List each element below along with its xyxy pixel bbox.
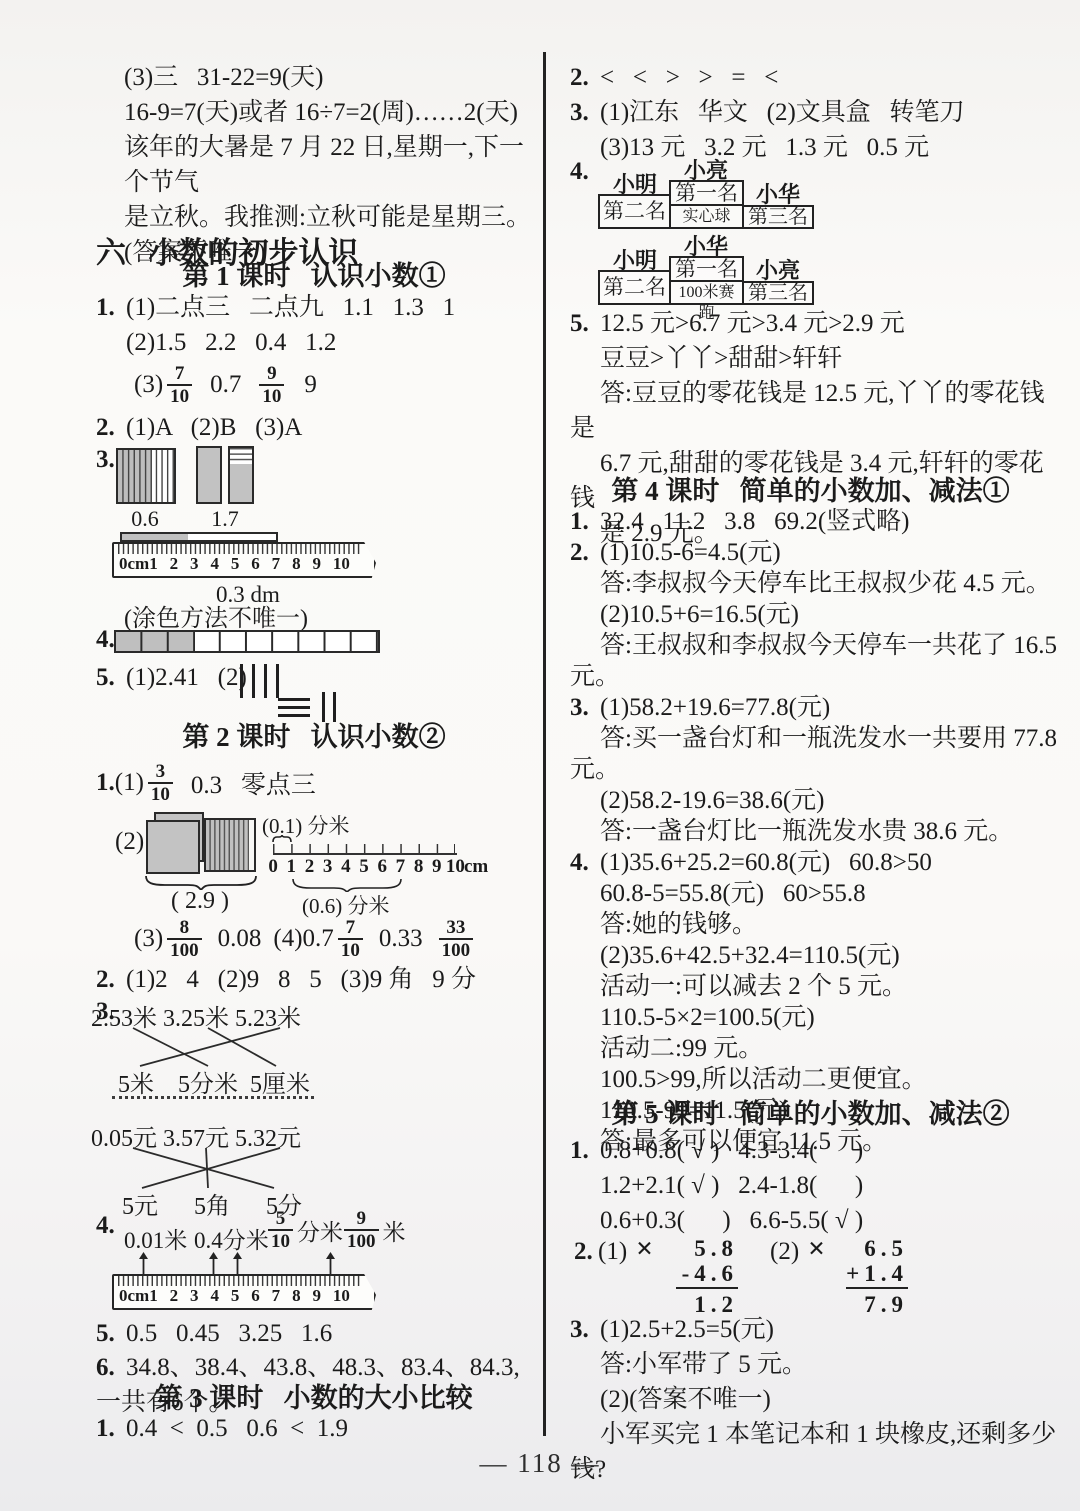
numerator: 3 <box>156 761 166 782</box>
right-column: 2.< < > > = <3.(1)江东 华文 (2)文具盒 转笔刀(3)13 … <box>558 0 1063 1511</box>
up-arrow-icon <box>209 1252 218 1274</box>
answer-line: 活动二:99 元。 <box>562 1033 1063 1064</box>
ruler-number: 4 <box>210 1286 219 1306</box>
shaded-region <box>122 534 188 540</box>
answer-text: (1) <box>115 769 144 797</box>
ruler-number: 2 <box>170 1286 179 1306</box>
answer-line: (2)1.5 2.2 0.4 1.2 <box>88 325 540 360</box>
answer-text: 答:李叔叔今天停车比王叔叔少花 4.5 元。 <box>600 570 1051 597</box>
ruler-number: 0cm1 <box>119 554 158 574</box>
denominator: 10 <box>268 1229 293 1252</box>
event-cell: 实心球 <box>669 204 744 229</box>
tick-labels: 012345678910 <box>264 856 464 878</box>
denominator: 10 <box>338 938 363 961</box>
answer-text: < < > > = < <box>600 64 778 91</box>
counting-sticks <box>240 664 350 720</box>
measure-label: 510 分米 <box>264 1208 343 1253</box>
fraction: 33100 <box>439 917 474 962</box>
match-label: 5米 <box>100 1064 172 1099</box>
item-number: 2. <box>570 537 600 568</box>
tick-label: 5 <box>355 856 373 878</box>
ruler: 0cm12345678910 <box>112 542 376 578</box>
podium-race: 小明 小华 小亮 第二名 第一名 100米赛跑 第三名 <box>598 232 814 306</box>
item-number: 5. <box>570 306 600 341</box>
answer-line: 1.0.8+0.8( √ ) 4.3-3.4( ) <box>562 1133 1063 1168</box>
lesson1-q1: 1.(1)二点三 二点九 1.1 1.3 1(2)1.5 2.2 0.4 1.2 <box>88 290 540 360</box>
lesson5-q2-vertical: 2. (1) × 5.8 -4.6 1.2 (2) × 6.5 +1.4 7.9 <box>558 1238 1063 1314</box>
tenths-square <box>204 818 256 872</box>
item-number: 3. <box>570 95 600 130</box>
answer-text: (4)0.7 <box>273 925 333 953</box>
answer-text: (1)2 4 (2)9 8 5 (3)9 角 9 分 <box>126 966 476 993</box>
item-number: 2. <box>570 60 600 95</box>
item-number: 2. <box>96 962 126 997</box>
lesson4-title: 第 4 课时 简单的小数加、减法① <box>558 474 1063 508</box>
tick-label: 8 <box>410 856 428 878</box>
stick <box>264 664 267 698</box>
lesson2-q1: 1. (1) 310 0.3 零点三 <box>88 756 540 810</box>
denominator: 100 <box>439 938 474 961</box>
unit-text: 分米 <box>297 1214 343 1247</box>
answer-line: 答:小军带了 5 元。 <box>562 1347 1063 1382</box>
ruler-number: 5 <box>231 554 240 574</box>
answer-line: 1.32.4 11.2 3.8 69.2(竖式略) <box>562 506 1063 537</box>
match-lines <box>96 1026 326 1068</box>
ruler-number: 5 <box>231 1286 240 1306</box>
tick-label: 6 <box>373 856 391 878</box>
answer-text: (1) <box>598 1238 627 1266</box>
subtrahend: -4.6 <box>676 1261 738 1289</box>
tick-label: 9 <box>428 856 446 878</box>
stick <box>322 692 325 722</box>
item-number: 6. <box>96 1350 126 1385</box>
item-number: 3. <box>570 692 600 723</box>
rank-cell-first: 第一名 <box>669 180 744 206</box>
ruler-number: 8 <box>292 554 301 574</box>
answer-text: 活动二:99 元。 <box>600 1035 763 1062</box>
answer-line: 豆豆>丫丫>甜甜>轩轩 <box>562 341 1063 376</box>
answer-line: 1.(1)二点三 二点九 1.1 1.3 1 <box>88 290 540 325</box>
column-divider <box>543 52 546 1436</box>
lesson2-q5: 5.0.5 0.45 3.25 1.6 <box>88 1316 540 1351</box>
lesson2-q2: 2.(1)2 4 (2)9 8 5 (3)9 角 9 分 <box>88 962 540 997</box>
answer-text: (3) <box>134 371 163 399</box>
stick <box>278 714 310 717</box>
answer-text: 0.8+0.8( √ ) 4.3-3.4( ) <box>600 1137 863 1164</box>
fraction: 910 <box>259 363 284 408</box>
ruler-numbers: 0cm12345678910 <box>119 554 350 574</box>
answer-text: (1)2.5+2.5=5(元) <box>600 1316 774 1343</box>
answer-text: (2)1.5 2.2 0.4 1.2 <box>126 329 336 356</box>
up-arrow-icon <box>326 1252 335 1274</box>
lesson2-q3-matching: 3. 2.53米3.25米5.23米 5米5分米5厘米 <box>88 998 540 1094</box>
answer-text: 0.08 <box>218 925 262 953</box>
lesson3-q1: 1.0.4 < 0.5 0.6 < 1.9 <box>88 1411 540 1446</box>
ruler-number: 7 <box>272 554 281 574</box>
paper-strip <box>120 532 278 542</box>
answer-text: (1)35.6+25.2=60.8(元) 60.8>50 <box>600 849 932 876</box>
stick <box>278 706 310 709</box>
wrong-mark-icon: × <box>808 1232 825 1266</box>
tenths-bar <box>196 446 222 504</box>
tick-label: 2 <box>300 856 318 878</box>
answer-text: 60.8-5=55.8(元) 60>55.8 <box>600 880 866 907</box>
answer-text: 活动一:可以减去 2 个 5 元。 <box>600 973 907 1000</box>
answer-text: (2)35.6+42.5+32.4=110.5(元) <box>600 942 900 969</box>
denominator: 10 <box>259 384 284 407</box>
fraction: 710 <box>338 917 363 962</box>
match-lines <box>96 1146 326 1190</box>
answer-text: (1)58.2+19.6=77.8(元) <box>600 694 830 721</box>
measure-label: 0.4分米 <box>194 1222 269 1255</box>
lesson1-q3-diagram: 3. 0.6 1.7 0cm12345678910 0.3 dm (涂色方法不唯… <box>88 444 540 626</box>
column-calc: 6.5 +1.4 7.9 <box>846 1236 908 1317</box>
ruler-number: 9 <box>312 1286 321 1306</box>
answer-text: 豆豆>丫丫>甜甜>轩轩 <box>600 345 842 372</box>
answer-text: (1)2.41 (2) <box>126 664 247 691</box>
answer-text: 100.5>99,所以活动二更便宜。 <box>600 1066 927 1093</box>
answer-text: (2) <box>770 1238 799 1266</box>
lesson1-q5: 5.(1)2.41 (2) <box>88 660 540 718</box>
item-number: 1. <box>570 506 600 537</box>
rank-cell-second: 第二名 <box>598 194 671 229</box>
answer-text: (3) <box>134 925 163 953</box>
answer-text: 110.5-5×2=100.5(元) <box>600 1004 815 1031</box>
wrong-mark-icon: × <box>636 1232 653 1266</box>
answer-line: 活动一:可以减去 2 个 5 元。 <box>562 971 1063 1002</box>
ruler-number: 0cm1 <box>119 1286 158 1306</box>
lesson5-q1: 1.0.8+0.8( √ ) 4.3-3.4( )1.2+2.1( √ ) 2.… <box>558 1133 1063 1238</box>
answer-line: 答:她的钱够。 <box>562 909 1063 940</box>
lesson2-q1c: (3) 8100 0.08 (4)0.7 710 0.33 33100 <box>88 912 540 966</box>
page-number: — 118 — <box>0 1448 1080 1479</box>
lesson2-q3-matching2: 0.05元3.57元5.32元 5元5角5分 <box>88 1112 540 1212</box>
item-number: 4. <box>96 1212 115 1240</box>
answer-line: 该年的大暑是 7 月 22 日,星期一,下一个节气 <box>116 130 540 200</box>
over-brace <box>272 834 292 843</box>
stick <box>276 664 279 698</box>
ruler-number: 10 <box>333 1286 350 1306</box>
tick-label: 3 <box>319 856 337 878</box>
minuend: 5.8 <box>676 1236 738 1261</box>
workbook-answer-page: (3)三 31-22=9(天)16-9=7(天)或者 16÷7=2(周)……2(… <box>0 0 1080 1511</box>
answer-line: (3)三 31-22=9(天) <box>116 60 540 95</box>
lesson1-q1c: (3) 710 0.7 910 9 <box>88 358 540 412</box>
dotted-separator <box>112 1096 314 1099</box>
answer-line: 100.5>99,所以活动二更便宜。 <box>562 1064 1063 1095</box>
ruler-number: 9 <box>312 554 321 574</box>
match-label: 5厘米 <box>244 1064 316 1099</box>
item-number: 4. <box>570 847 600 878</box>
numerator: 33 <box>446 917 465 938</box>
measure-label: 0.01米 <box>124 1222 187 1255</box>
ruler-ticks <box>118 1276 362 1286</box>
answer-line: 2.(1)10.5-6=4.5(元) <box>562 537 1063 568</box>
answer-text: (2)(答案不唯一) <box>600 1386 771 1413</box>
stick <box>252 664 255 698</box>
match-bottom-row: 5米5分米5厘米 <box>100 1064 340 1099</box>
lesson4-answers: 1.32.4 11.2 3.8 69.2(竖式略)2.(1)10.5-6=4.5… <box>558 506 1063 1157</box>
answer-line: 5.12.5 元>6.7 元>3.4 元>2.9 元 <box>562 306 1063 341</box>
answer-text: 答:小军带了 5 元。 <box>600 1351 807 1378</box>
answer-text: 答:买一盏台灯和一瓶洗发水一共要用 77.8 元。 <box>570 725 1063 783</box>
unshaded-strip <box>249 820 254 870</box>
numerator: 7 <box>175 363 185 384</box>
numerator: 9 <box>267 363 277 384</box>
addend: +1.4 <box>846 1261 908 1289</box>
unit-text: 米 <box>383 1214 406 1247</box>
lesson1-q2: 2.(1)A (2)B (3)A <box>88 410 540 445</box>
ruler-number: 3 <box>190 1286 199 1306</box>
up-arrow-icon <box>233 1252 242 1274</box>
fraction: 8100 <box>167 917 202 962</box>
item-number: 3. <box>96 446 115 474</box>
answer-text: (2)58.2-19.6=38.6(元) <box>600 787 824 814</box>
fraction: 710 <box>167 363 192 408</box>
item-number: 5. <box>96 1316 126 1351</box>
answer-text: (1)A (2)B (3)A <box>126 414 302 441</box>
answer-line: 16-9=7(天)或者 16÷7=2(周)……2(天) <box>116 95 540 130</box>
item-number: 3. <box>570 1312 600 1347</box>
shaded-region <box>230 464 252 502</box>
item-number: 4. <box>570 158 589 186</box>
answer-text: 答:一盏台灯比一瓶洗发水贵 38.6 元。 <box>600 818 1013 845</box>
tick-marks <box>273 844 455 853</box>
ruler: 0cm12345678910 <box>112 1274 376 1310</box>
answer-text: (1)二点三 二点九 1.1 1.3 1 <box>126 294 455 321</box>
numerator: 8 <box>180 917 190 938</box>
lesson2-q1b-diagram: (2) ( 2.9 ) (0.1) 分米 012345678910 cm <box>88 812 540 912</box>
podium-shotput: 小明 小亮 小华 第二名 第一名 实心球 第三名 <box>598 156 814 230</box>
numerator: 9 <box>357 1208 367 1229</box>
ruler-number: 6 <box>251 1286 260 1306</box>
tenths-grid <box>116 448 176 504</box>
answer-text: 0.33 <box>379 925 423 953</box>
ruler-number: 7 <box>272 1286 281 1306</box>
answer-line: (2)35.6+42.5+32.4=110.5(元) <box>562 940 1063 971</box>
shaded-region <box>198 448 220 502</box>
lesson3-title: 第 3 课时 小数的大小比较 <box>88 1381 540 1415</box>
grid-value-label: 1.7 <box>196 506 254 532</box>
item-number: 4. <box>96 626 115 654</box>
answer-line: 答:豆豆的零花钱是 12.5 元,丫丫的零花钱是 <box>562 376 1063 446</box>
answer-text: (2)10.5+6=16.5(元) <box>600 601 799 628</box>
fraction: 510 <box>268 1208 293 1253</box>
match-top-row: 0.05元3.57元5.32元 <box>88 1118 328 1148</box>
stick <box>333 692 336 722</box>
tick-label: 4 <box>337 856 355 878</box>
rank-cell-first: 第一名 <box>669 256 744 282</box>
unit-square <box>146 820 200 874</box>
shaded-region <box>118 450 152 502</box>
answer-line: 3.(1)58.2+19.6=77.8(元) <box>562 692 1063 723</box>
tick-label: 10 <box>446 856 464 878</box>
answer-line: 2.< < > > = < <box>562 60 1063 95</box>
tenths-bar <box>228 446 254 504</box>
stick <box>278 698 310 701</box>
rank-cell-third: 第三名 <box>742 281 814 305</box>
item-number: 2. <box>574 1238 593 1266</box>
answer-line: 答:王叔叔和李叔叔今天停车一共花了 16.5 元。 <box>562 630 1063 692</box>
axis-line <box>273 853 457 855</box>
denominator: 10 <box>148 782 173 805</box>
answer-line: 3.(1)2.5+2.5=5(元) <box>562 1312 1063 1347</box>
q4-podiums: 4. 小明 小亮 小华 第二名 第一名 实心球 第三名 小明 小华 小亮 第二名… <box>558 156 1063 306</box>
answer-text: 0.3 零点三 <box>191 765 316 801</box>
shaded-region <box>116 632 195 651</box>
answer-text: 1.2+2.1( √ ) 2.4-1.8( ) <box>600 1172 863 1199</box>
answer-text: 0.7 <box>210 371 241 399</box>
rank-cell-second: 第二名 <box>598 270 671 305</box>
answer-line: 3.(1)江东 华文 (2)文具盒 转笔刀 <box>562 95 1063 130</box>
lesson5-title: 第 5 课时 简单的小数加、减法② <box>558 1097 1063 1131</box>
lesson2-title: 第 2 课时 认识小数② <box>88 720 540 754</box>
answer-text: (1)10.5-6=4.5(元) <box>600 539 781 566</box>
measure-label: 9100 米 <box>340 1208 406 1253</box>
match-label: 5分米 <box>172 1064 244 1099</box>
answer-text: 9 <box>304 371 317 399</box>
answer-text: 答:王叔叔和李叔叔今天停车一共花了 16.5 元。 <box>570 632 1063 690</box>
answer-line: (2)(答案不唯一) <box>562 1382 1063 1417</box>
up-arrow-icon <box>139 1252 148 1274</box>
grid-value-label: 0.6 <box>112 506 178 532</box>
numerator: 7 <box>346 917 356 938</box>
unit-label: cm <box>464 856 488 878</box>
addend: 6.5 <box>846 1236 908 1261</box>
answer-line: 答:买一盏台灯和一瓶洗发水一共要用 77.8 元。 <box>562 723 1063 785</box>
event-cell: 100米赛跑 <box>669 280 744 305</box>
answer-text: 0.4 < 0.5 0.6 < 1.9 <box>126 1415 348 1442</box>
answer-text: 12.5 元>6.7 元>3.4 元>2.9 元 <box>600 310 905 337</box>
left-column: (3)三 31-22=9(天)16-9=7(天)或者 16÷7=2(周)……2(… <box>88 0 540 1511</box>
tenths-strip <box>114 630 380 653</box>
lesson1-q4-diagram: 4. <box>88 626 540 660</box>
answer-text: 答:豆豆的零花钱是 12.5 元,丫丫的零花钱是 <box>570 380 1044 442</box>
fraction: 9100 <box>344 1208 379 1253</box>
answer-text: 答:她的钱够。 <box>600 911 757 938</box>
answer-line: 答:李叔叔今天停车比王叔叔少花 4.5 元。 <box>562 568 1063 599</box>
column-calc: 5.8 -4.6 1.2 <box>676 1236 738 1317</box>
item-number: 1. <box>96 769 115 797</box>
item-number: 1. <box>96 1411 126 1446</box>
item-number: 5. <box>96 660 126 695</box>
answer-line: 4.(1)35.6+25.2=60.8(元) 60.8>50 <box>562 847 1063 878</box>
tick-label: 0 <box>264 856 282 878</box>
answer-text: 0.5 0.45 3.25 1.6 <box>126 1320 332 1347</box>
value-label: ( 2.9 ) <box>150 888 250 915</box>
answer-text: 32.4 11.2 3.8 69.2(竖式略) <box>600 508 909 535</box>
ruler-number: 10 <box>333 554 350 574</box>
right-block1: 2.< < > > = <3.(1)江东 华文 (2)文具盒 转笔刀(3)13 … <box>558 60 1063 165</box>
item-number: 1. <box>96 290 126 325</box>
fraction: 310 <box>148 761 173 806</box>
lesson2-q4-diagram: 4. 0.01米 0.4分米 510 分米 9100 米 0cm12345678… <box>88 1206 540 1314</box>
item-number: 2. <box>96 410 126 445</box>
tick-label: 7 <box>391 856 409 878</box>
answer-line: 答:一盏台灯比一瓶洗发水贵 38.6 元。 <box>562 816 1063 847</box>
item-number: 1. <box>570 1133 600 1168</box>
answer-line: (2)10.5+6=16.5(元) <box>562 599 1063 630</box>
rank-cell-third: 第三名 <box>742 205 814 229</box>
answer-line: (2)58.2-19.6=38.6(元) <box>562 785 1063 816</box>
ruler-number: 8 <box>292 1286 301 1306</box>
answer-text: (2) <box>115 828 144 856</box>
tick-label: 1 <box>282 856 300 878</box>
denominator: 100 <box>344 1229 379 1252</box>
ruler-number: 3 <box>190 554 199 574</box>
answer-text: 0.6+0.3( ) 6.6-5.5( √ ) <box>600 1207 863 1234</box>
answer-line: 1.2+2.1( √ ) 2.4-1.8( ) <box>562 1168 1063 1203</box>
lesson1-title: 第 1 课时 认识小数① <box>88 259 540 293</box>
answer-text: (1)江东 华文 (2)文具盒 转笔刀 <box>600 99 965 126</box>
ruler-number: 2 <box>170 554 179 574</box>
match-top-row: 2.53米3.25米5.23米 <box>88 998 328 1028</box>
answer-line: 110.5-5×2=100.5(元) <box>562 1002 1063 1033</box>
numerator: 5 <box>276 1208 286 1229</box>
stick <box>240 664 243 698</box>
denominator: 10 <box>167 384 192 407</box>
ruler-ticks <box>118 544 362 554</box>
number-line: (0.1) 分米 012345678910 cm (0.6) 分米 <box>264 812 524 912</box>
answer-line: 60.8-5=55.8(元) 60>55.8 <box>562 878 1063 909</box>
ruler-numbers: 0cm12345678910 <box>119 1286 350 1306</box>
ruler-number: 4 <box>210 554 219 574</box>
ruler-number: 6 <box>251 554 260 574</box>
denominator: 100 <box>167 938 202 961</box>
